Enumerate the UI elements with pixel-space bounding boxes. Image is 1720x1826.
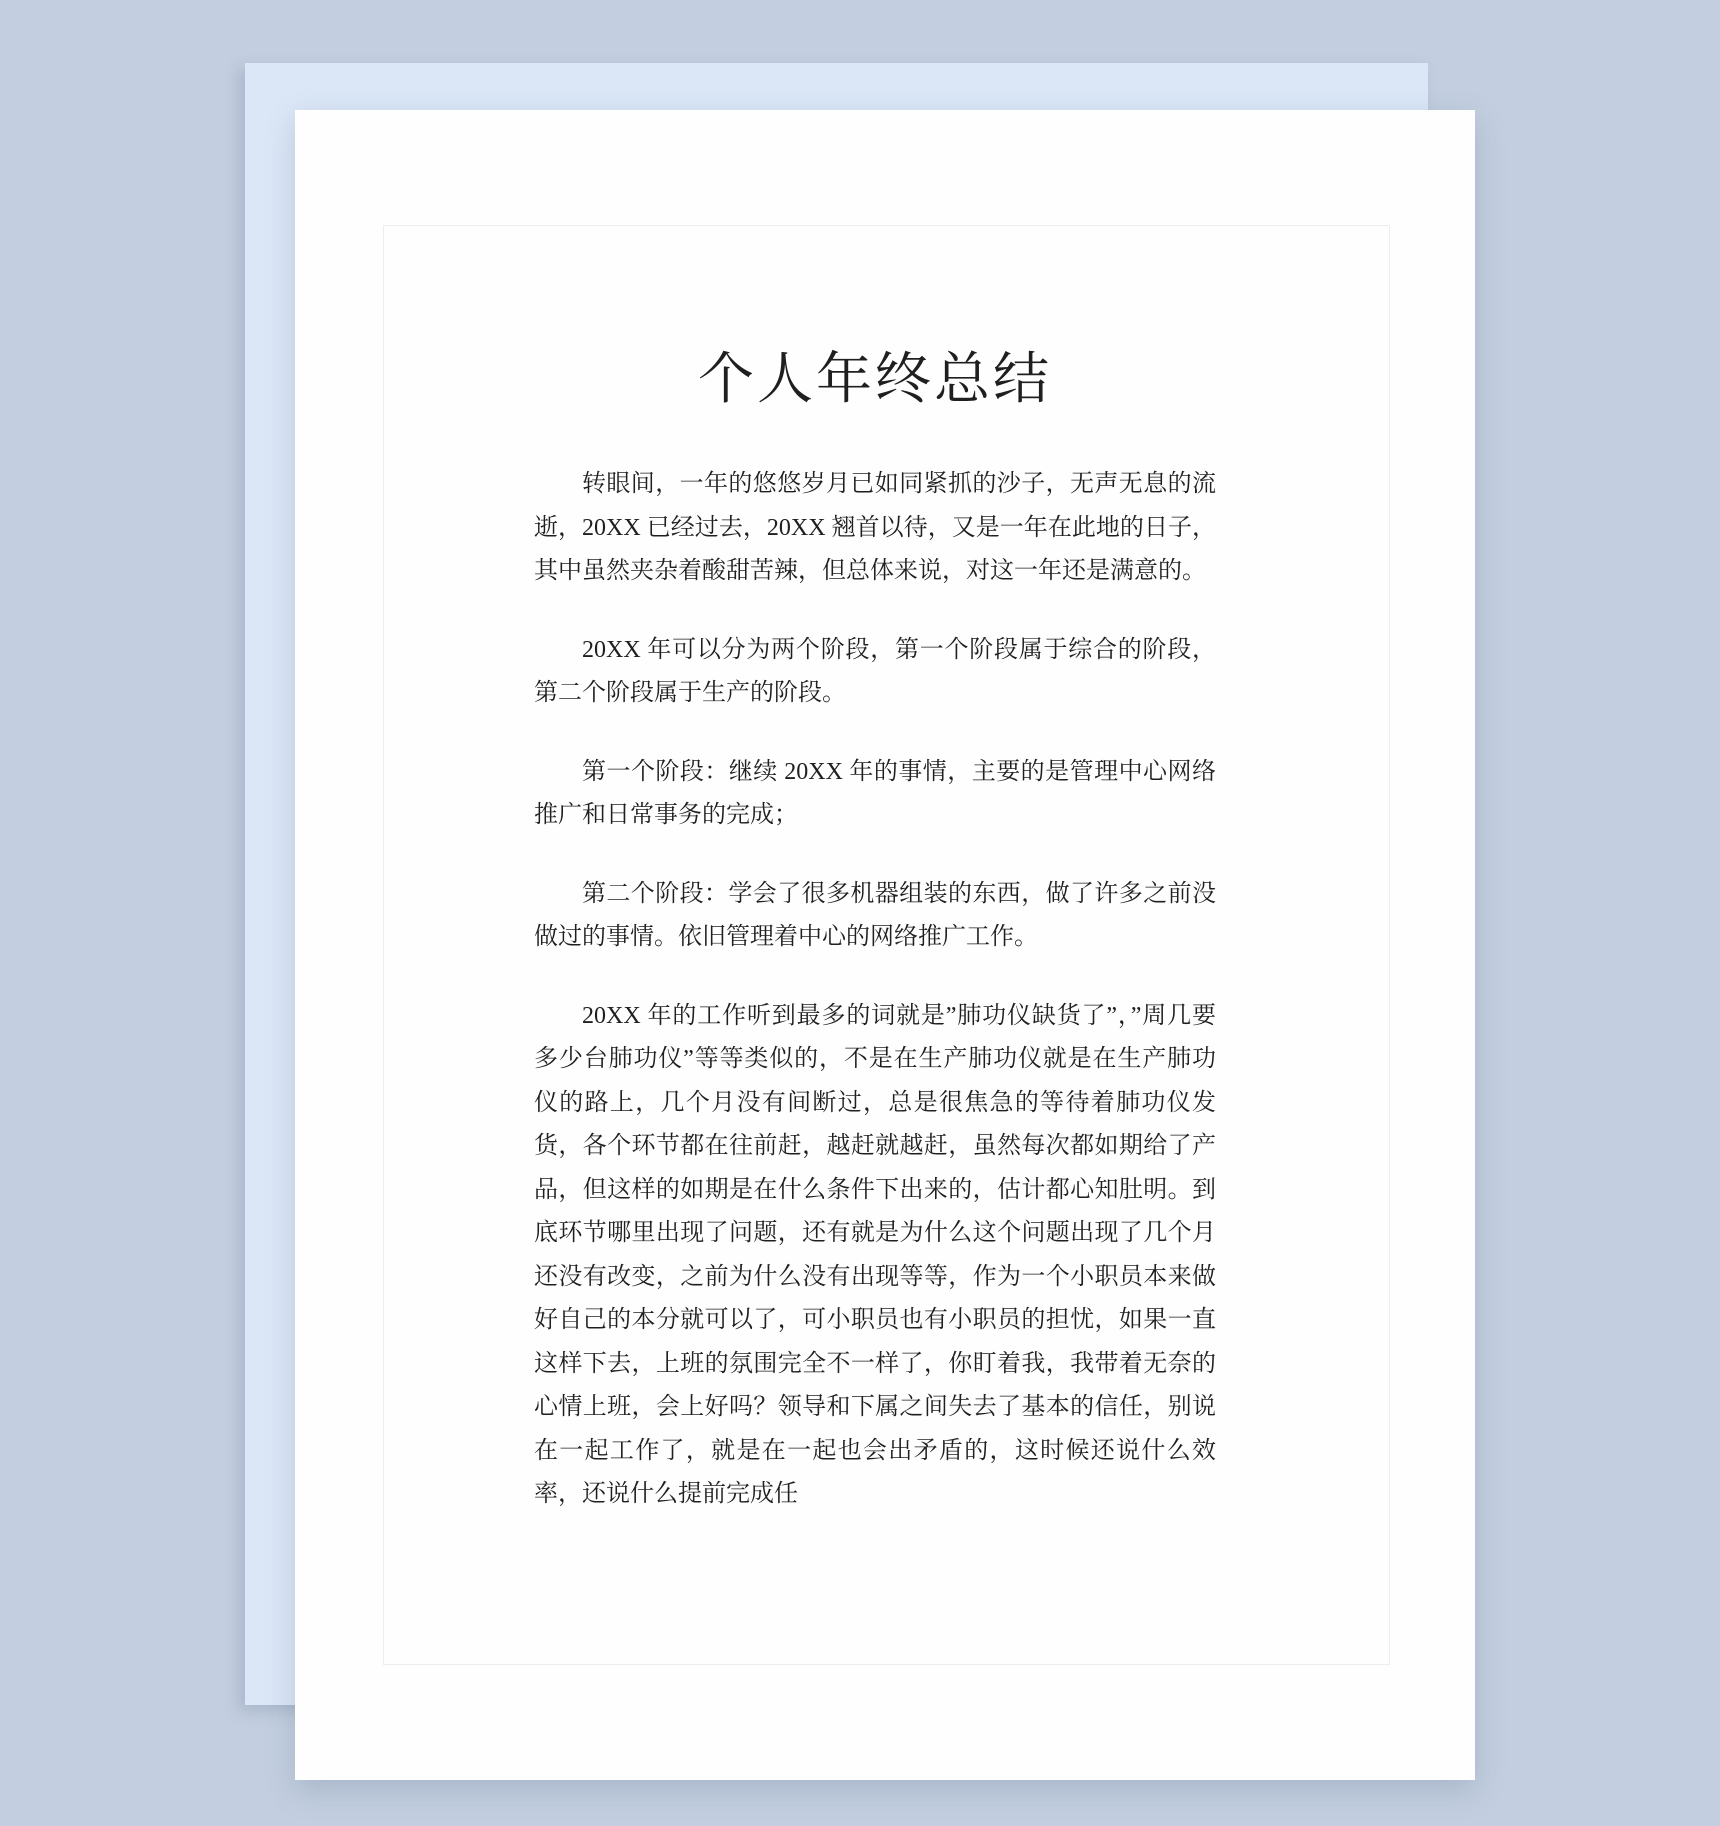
paragraph-work-summary: 20XX 年的工作听到最多的词就是”肺功仪缺货了”，”周几要多少台肺功仪”等等类… [534, 995, 1216, 1517]
paragraph-stage-one: 第一个阶段：继续 20XX 年的事情，主要的是管理中心网络推广和日常事务的完成； [534, 751, 1216, 838]
document-page: 个人年终总结 转眼间，一年的悠悠岁月已如同紧抓的沙子，无声无息的流逝，20XX … [295, 110, 1475, 1780]
document-title: 个人年终总结 [534, 349, 1216, 411]
paragraph-two-stages: 20XX 年可以分为两个阶段，第一个阶段属于综合的阶段，第二个阶段属于生产的阶段… [534, 629, 1216, 716]
text-column: 个人年终总结 转眼间，一年的悠悠岁月已如同紧抓的沙子，无声无息的流逝，20XX … [534, 226, 1216, 1552]
content-frame: 个人年终总结 转眼间，一年的悠悠岁月已如同紧抓的沙子，无声无息的流逝，20XX … [383, 225, 1390, 1665]
paragraph-intro: 转眼间，一年的悠悠岁月已如同紧抓的沙子，无声无息的流逝，20XX 已经过去，20… [534, 463, 1216, 594]
paragraph-stage-two: 第二个阶段：学会了很多机器组装的东西，做了许多之前没做过的事情。依旧管理着中心的… [534, 873, 1216, 960]
desktop-background: 个人年终总结 转眼间，一年的悠悠岁月已如同紧抓的沙子，无声无息的流逝，20XX … [0, 0, 1720, 1826]
